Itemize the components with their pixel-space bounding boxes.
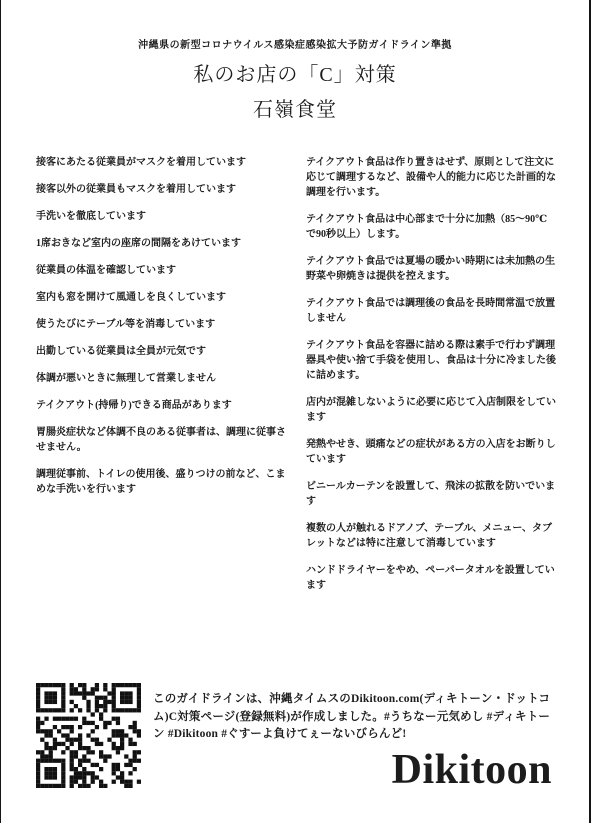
checklist-item: ハンドドライヤーをやめ、ペーパータオルを設置しています: [306, 563, 556, 593]
checklist-item: 店内が混雑しないように必要に応じて入店制限をしています: [306, 395, 556, 425]
checklist-item: テイクアウト食品は作り置きはせず、原則として注文に応じて調理するなど、設備や人的…: [306, 155, 556, 200]
page-header: 沖縄県の新型コロナウイルス感染症感染拡大予防ガイドライン準拠 私のお店の「C」対…: [1, 0, 589, 122]
checklist-item: テイクアウト(持帰り)できる商品があります: [36, 398, 286, 413]
checklist: 接客にあたる従業員がマスクを着用しています 接客以外の従業員もマスクを着用してい…: [1, 155, 589, 605]
checklist-item: 従業員の体温を確認しています: [36, 263, 286, 278]
checklist-item: 出勤している従業員は全員が元気です: [36, 344, 286, 359]
checklist-item: 体調が悪いときに無理して営業しません: [36, 371, 286, 386]
checklist-item: 調理従事前、トイレの使用後、盛りつけの前など、こまめな手洗いを行います: [36, 467, 286, 497]
checklist-item: 発熱やせき、頭痛などの症状がある方の入店をお断りしています: [306, 437, 556, 467]
shop-name: 石嶺食堂: [1, 93, 589, 122]
footer-right: このガイドラインは、沖縄タイムスのDikitoon.com(ディキトーン・ドット…: [153, 683, 554, 792]
checklist-item: 1席おきなど室内の座席の間隔をあけています: [36, 236, 286, 251]
page-footer: このガイドラインは、沖縄タイムスのDikitoon.com(ディキトーン・ドット…: [36, 683, 554, 792]
credit-text: このガイドラインは、沖縄タイムスのDikitoon.com(ディキトーン・ドット…: [153, 691, 554, 744]
checklist-item: テイクアウト食品は中心部まで十分に加熱（85～90℃で90秒以上）します。: [306, 212, 556, 242]
checklist-item: 使うたびにテーブル等を消毒しています: [36, 317, 286, 332]
checklist-item: テイクアウト食品では調理後の食品を長時間常温で放置しません: [306, 296, 556, 326]
checklist-item: 手洗いを徹底しています: [36, 209, 286, 224]
page-title: 私のお店の「C」対策: [1, 58, 589, 87]
checklist-left-column: 接客にあたる従業員がマスクを着用しています 接客以外の従業員もマスクを着用してい…: [36, 155, 286, 605]
checklist-item: 接客以外の従業員もマスクを着用しています: [36, 182, 286, 197]
checklist-item: テイクアウト食品では夏場の暖かい時期には未加熱の生野菜や卵焼きは提供を控えます。: [306, 254, 556, 284]
checklist-item: 室内も窓を開けて風通しを良くしています: [36, 290, 286, 305]
checklist-right-column: テイクアウト食品は作り置きはせず、原則として注文に応じて調理するなど、設備や人的…: [306, 155, 556, 605]
checklist-item: 胃腸炎症状など体調不良のある従事者は、調理に従事させません。: [36, 425, 286, 455]
qr-code: [36, 683, 141, 788]
guideline-page: 沖縄県の新型コロナウイルス感染症感染拡大予防ガイドライン準拠 私のお店の「C」対…: [0, 0, 591, 823]
compliance-line: 沖縄県の新型コロナウイルス感染症感染拡大予防ガイドライン準拠: [1, 36, 589, 51]
checklist-item: テイクアウト食品を容器に詰める際は素手で行わず調理器具や使い捨て手袋を使用し、食…: [306, 338, 556, 383]
checklist-item: 接客にあたる従業員がマスクを着用しています: [36, 155, 286, 170]
checklist-item: ビニールカーテンを設置して、飛沫の拡散を防いでいます: [306, 479, 556, 509]
checklist-item: 複数の人が触れるドアノブ、テーブル、メニュー、タブレットなどは特に注意して消毒し…: [306, 521, 556, 551]
dikitoon-logo: Dikitoon: [153, 748, 554, 792]
